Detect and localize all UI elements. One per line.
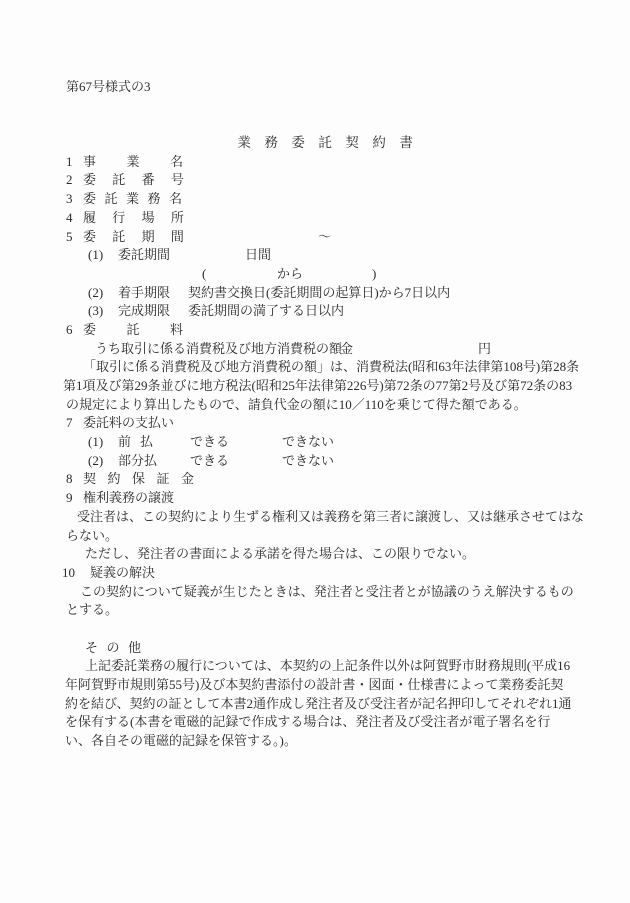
field-business-name: 1 事業名: [0, 153, 630, 172]
sub-number: (1): [88, 433, 103, 452]
item-number: 2: [66, 171, 73, 190]
yen-label: 円: [478, 340, 491, 359]
tax-note-text: 第1項及び第29条並びに地方税法(昭和25年法律第226号)第72条の77第2号…: [63, 377, 572, 396]
sub-label: 完成期限: [118, 302, 170, 321]
tax-note-line: 「取引に係る消費税及び地方消費税の額」は、消費税法(昭和63年法律第108号)第…: [0, 358, 630, 377]
item-label: 権利義務の譲渡: [83, 489, 174, 508]
paragraph-text: 年阿賀野市規則第55号)及び本契約書添付の設計書・図面・仕様書によって業務委託契: [65, 676, 563, 695]
doubt-resolution-text: この契約について疑義が生じたときは、発注者と受注者とが協議のうえ解決するもの: [0, 583, 630, 602]
sub-label: 部分払: [118, 452, 157, 471]
item-label: 委託業務名: [83, 190, 191, 209]
range-from: から: [277, 265, 303, 284]
field-consignment-number: 2 委託番号: [0, 171, 630, 190]
item-label: 委託料: [83, 321, 214, 340]
sub-description: 契約書交換日(委託期間の起算日)から7日以内: [188, 284, 450, 303]
item-label: 委託期間: [83, 228, 200, 247]
paragraph-text: 約を結び、契約の証として本書2通作成し発注者及び受注者が記名押印してそれぞれ1通: [65, 695, 571, 714]
item-number: 8: [66, 470, 73, 489]
item-number: 5: [66, 228, 73, 247]
sub-label: 前払: [118, 433, 162, 452]
title-line: 業 務 委 託 契 約 書: [0, 115, 630, 134]
blank-line: [0, 97, 630, 116]
rights-transfer-text: 受注者は、この契約により生ずる権利又は義務を第三者に譲渡し、又は継承させてはな: [0, 508, 630, 527]
others-heading-line: その他: [0, 639, 630, 658]
item-number: 10: [62, 564, 75, 583]
tax-amount-text: うち取引に係る消費税及び地方消費税の額: [95, 340, 342, 359]
item-number: 7: [66, 414, 73, 433]
item-number: 6: [66, 321, 73, 340]
item-number: 3: [66, 190, 73, 209]
item-label: 事業名: [83, 153, 214, 172]
subfield-start-deadline: (2) 着手期限 契約書交換日(委託期間の起算日)から7日以内: [0, 284, 630, 303]
blank-line: [0, 134, 630, 153]
closing-paragraph-line: 約を結び、契約の証として本書2通作成し発注者及び受注者が記名押印してそれぞれ1通: [0, 695, 630, 714]
subfield-completion-deadline: (3) 完成期限 委託期間の満了する日以内: [0, 302, 630, 321]
paren-open: (: [202, 265, 206, 284]
closing-paragraph-line: 上記委託業務の履行については、本契約の上記条件以外は阿賀野市財務規則(平成16: [0, 657, 630, 676]
field-contract-deposit: 8 契約保証金: [0, 470, 630, 489]
sub-number: (2): [88, 452, 103, 471]
field-rights-transfer: 9 権利義務の譲渡: [0, 489, 630, 508]
subfield-partial-payment: (2) 部分払 できる できない: [0, 452, 630, 471]
paragraph-text: らない。: [66, 527, 118, 546]
item-label: 疑義の解決: [90, 564, 155, 583]
tax-note-line: 第1項及び第29条並びに地方税法(昭和25年法律第226号)第72条の77第2号…: [0, 377, 630, 396]
period-tilde: 〜: [318, 228, 331, 247]
tax-note-text: の規定により算出したもので、請負代金の額に10／110を乗じて得た額である。: [66, 396, 527, 415]
tax-note-text: 「取引に係る消費税及び地方消費税の額」は、消費税法(昭和63年法律第108号)第…: [83, 358, 579, 377]
sub-number: (2): [88, 284, 103, 303]
closing-paragraph-line: を保有する(本書を電磁的記録で作成する場合は、発注者及び受注者が電子署名を行: [0, 713, 630, 732]
subfield-advance-payment: (1) 前払 できる できない: [0, 433, 630, 452]
doubt-resolution-text: とする。: [0, 601, 630, 620]
field-doubt-resolution: 10 疑義の解決: [0, 564, 630, 583]
rights-transfer-proviso: ただし、発注者の書面による承諾を得た場合は、この限りでない。: [0, 545, 630, 564]
paragraph-text: を保有する(本書を電磁的記録で作成する場合は、発注者及び受注者が電子署名を行: [65, 713, 550, 732]
sub-description: 委託期間の満了する日以内: [188, 302, 344, 321]
paragraph-text: とする。: [66, 601, 118, 620]
sub-number: (3): [88, 302, 103, 321]
days-unit: 日間: [245, 246, 271, 265]
field-consignment-fee: 6 委託料: [0, 321, 630, 340]
paragraph-text: この契約について疑義が生じたときは、発注者と受注者とが協議のうえ解決するもの: [80, 583, 574, 602]
field-work-name: 3 委託業務名: [0, 190, 630, 209]
sub-label: 着手期限: [118, 284, 170, 303]
item-label: 契約保証金: [83, 470, 206, 489]
sub-label: 委託期間: [118, 246, 170, 265]
tax-amount-line: うち取引に係る消費税及び地方消費税の額 金 円: [0, 340, 630, 359]
closing-paragraph-line: い、各自その電磁的記録を保管する。)。: [0, 732, 630, 751]
subfield-period-range: ( から ): [0, 265, 630, 284]
document-body: 第67号様式の3 業 務 委 託 契 約 書 1 事業名 2 委託番号 3 委託…: [0, 78, 630, 751]
option-possible: できる: [190, 433, 229, 452]
field-performance-place: 4 履行場所: [0, 209, 630, 228]
option-not-possible: できない: [282, 452, 334, 471]
field-fee-payment: 7 委託料の支払い: [0, 414, 630, 433]
field-consignment-period: 5 委託期間 〜: [0, 228, 630, 247]
item-label: 委託番号: [83, 171, 200, 190]
paragraph-text: ただし、発注者の書面による承諾を得た場合は、この限りでない。: [85, 545, 475, 564]
option-possible: できる: [190, 452, 229, 471]
item-number: 1: [66, 153, 73, 172]
sub-number: (1): [88, 246, 103, 265]
subfield-period-days: (1) 委託期間 日間: [0, 246, 630, 265]
rights-transfer-text: らない。: [0, 527, 630, 546]
paragraph-text: い、各自その電磁的記録を保管する。)。: [65, 732, 297, 751]
kin-label: 金: [340, 340, 353, 359]
closing-paragraph-line: 年阿賀野市規則第55号)及び本契約書添付の設計書・図面・仕様書によって業務委託契: [0, 676, 630, 695]
contract-document-page: 第67号様式の3 業 務 委 託 契 約 書 1 事業名 2 委託番号 3 委託…: [0, 0, 630, 903]
form-number: 第67号様式の3: [66, 78, 151, 97]
blank-line: [0, 620, 630, 639]
item-number: 4: [66, 209, 73, 228]
item-label: 委託料の支払い: [83, 414, 174, 433]
form-number-line: 第67号様式の3: [0, 78, 630, 97]
paren-close: ): [372, 265, 376, 284]
tax-note-line: の規定により算出したもので、請負代金の額に10／110を乗じて得た額である。: [0, 396, 630, 415]
others-heading: その他: [85, 639, 150, 658]
item-label: 履行場所: [83, 209, 200, 228]
paragraph-text: 受注者は、この契約により生ずる権利又は義務を第三者に譲渡し、又は継承させてはな: [77, 508, 584, 527]
item-number: 9: [66, 489, 73, 508]
paragraph-text: 上記委託業務の履行については、本契約の上記条件以外は阿賀野市財務規則(平成16: [85, 657, 570, 676]
option-not-possible: できない: [282, 433, 334, 452]
